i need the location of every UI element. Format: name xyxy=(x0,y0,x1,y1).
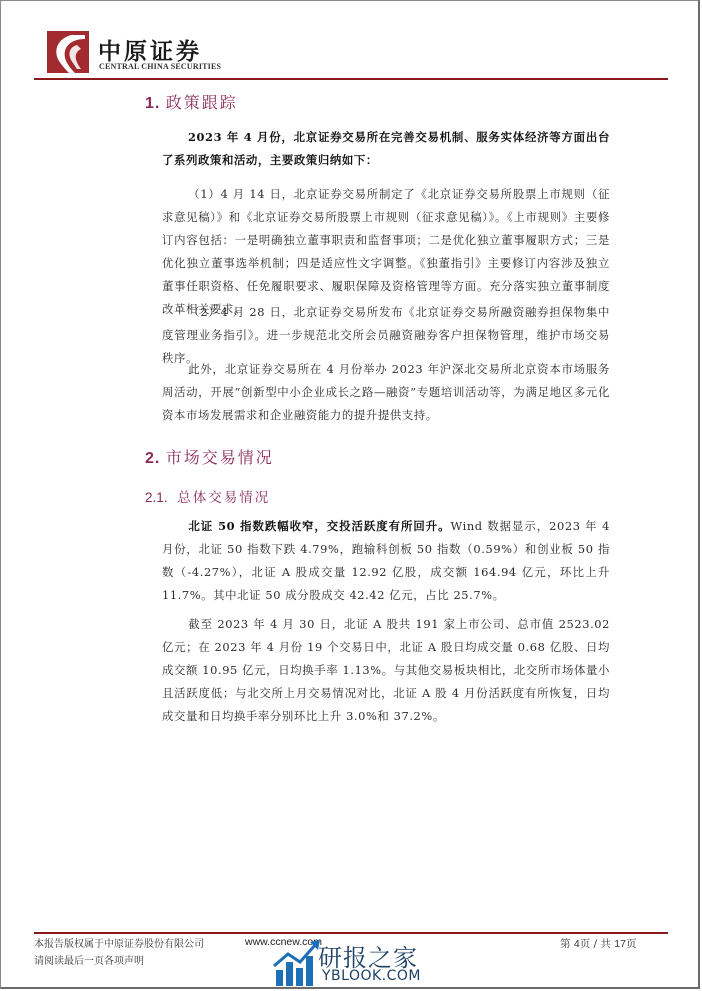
section-heading-policy: 1. 政策跟踪 xyxy=(145,90,238,113)
paragraph-lead: 北证 50 指数跌幅收窄，交投活跃度有所回升。 xyxy=(188,519,451,533)
section-heading-market: 2. 市场交易情况 xyxy=(145,445,274,468)
watermark-text-en: YBLOOK.COM xyxy=(322,968,421,984)
subsection-number: 2.1. xyxy=(145,490,168,505)
subsection-heading-overall: 2.1. 总体交易情况 xyxy=(145,486,270,506)
brand-name-en: CENTRAL CHINA SECURITIES xyxy=(99,62,221,71)
index-performance-paragraph: 北证 50 指数跌幅收窄，交投活跃度有所回升。Wind 数据显示，2023 年 … xyxy=(162,515,610,607)
footer-legal: 本报告版权属于中原证券股份有限公司 请阅读最后一页各项声明 xyxy=(34,936,204,970)
disclaimer-text: 请阅读最后一页各项声明 xyxy=(34,953,204,970)
market-stats-paragraph: 截至 2023 年 4 月 30 日，北证 A 股共 191 家上市公司、总市值… xyxy=(162,613,610,728)
subsection-title: 总体交易情况 xyxy=(177,490,270,506)
section-title: 政策跟踪 xyxy=(166,93,238,112)
section-number: 1. xyxy=(145,95,160,112)
footer-divider xyxy=(34,932,668,934)
section-title: 市场交易情况 xyxy=(166,448,274,467)
central-china-securities-logo-icon xyxy=(47,31,89,73)
policy-intro-paragraph: 2023 年 4 月份，北京证券交易所在完善交易机制、服务实体经济等方面出台了系… xyxy=(162,126,610,172)
section-number: 2. xyxy=(145,450,160,467)
policy-activities-paragraph: 此外，北京证券交易所在 4 月份举办 2023 年沪深北交易所北京资本市场服务周… xyxy=(162,358,610,427)
header-divider xyxy=(34,78,668,80)
page-number: 第 4页 / 共 17页 xyxy=(560,936,636,951)
copyright-text: 本报告版权属于中原证券股份有限公司 xyxy=(34,936,204,953)
